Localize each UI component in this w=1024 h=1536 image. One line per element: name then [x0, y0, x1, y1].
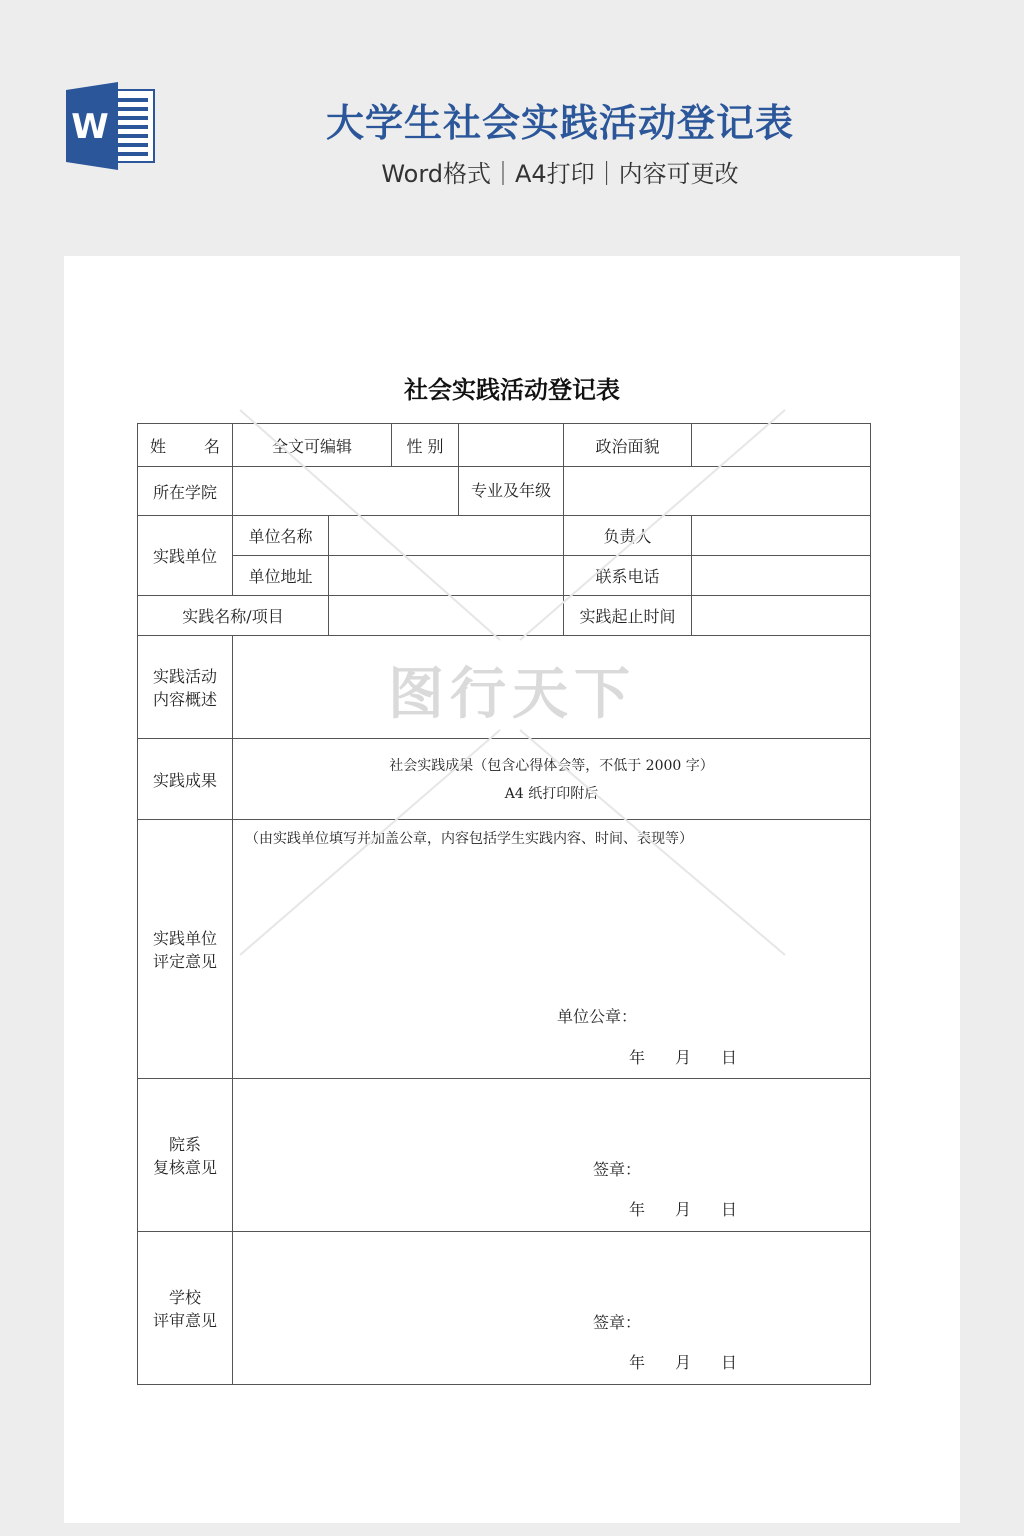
school-review-date: 年月日: [629, 1350, 767, 1373]
unit-label: 实践单位: [138, 516, 233, 596]
project-label: 实践名称/项目: [138, 596, 329, 636]
page-title: 大学生社会实践活动登记表: [300, 92, 820, 147]
name-field[interactable]: 全文可编辑: [233, 424, 392, 467]
unit-address-label: 单位地址: [233, 556, 329, 596]
school-review-field[interactable]: 签章： 年月日: [233, 1232, 871, 1385]
period-field[interactable]: [692, 596, 871, 636]
college-field[interactable]: [233, 467, 459, 516]
registration-form-table: 姓名 全文可编辑 性 别 政治面貌 所在学院 专业及年级 实践单位 单位名称 负…: [137, 423, 871, 1385]
document-title: 社会实践活动登记表: [0, 370, 1024, 405]
unit-eval-date: 年月日: [629, 1045, 767, 1068]
gender-label: 性 别: [392, 424, 459, 467]
period-label: 实践起止时间: [564, 596, 692, 636]
political-label: 政治面貌: [564, 424, 692, 467]
gender-field[interactable]: [459, 424, 564, 467]
phone-label: 联系电话: [564, 556, 692, 596]
college-label: 所在学院: [138, 467, 233, 516]
phone-field[interactable]: [692, 556, 871, 596]
unit-seal-label: 单位公章：: [557, 1004, 637, 1027]
dept-seal-label: 签章：: [593, 1157, 641, 1180]
name-label: 姓名: [138, 424, 233, 467]
leader-field[interactable]: [692, 516, 871, 556]
summary-label: 实践活动内容概述: [138, 636, 233, 739]
project-field[interactable]: [329, 596, 564, 636]
unit-eval-label: 实践单位评定意见: [138, 820, 233, 1079]
unit-name-label: 单位名称: [233, 516, 329, 556]
major-field[interactable]: [564, 467, 871, 516]
school-review-label: 学校评审意见: [138, 1232, 233, 1385]
political-field[interactable]: [692, 424, 871, 467]
results-field[interactable]: 社会实践成果（包含心得体会等，不低于 2000 字） A4 纸打印附后: [233, 739, 871, 820]
school-seal-label: 签章：: [593, 1310, 641, 1333]
major-label: 专业及年级: [459, 467, 564, 516]
unit-name-field[interactable]: [329, 516, 564, 556]
unit-eval-field[interactable]: （由实践单位填写并加盖公章，内容包括学生实践内容、时间、表现等） 单位公章： 年…: [233, 820, 871, 1079]
watermark: 图行天下: [388, 650, 636, 730]
dept-review-date: 年月日: [629, 1197, 767, 1220]
word-icon: W: [66, 82, 156, 170]
svg-text:W: W: [71, 107, 109, 147]
leader-label: 负责人: [564, 516, 692, 556]
results-label: 实践成果: [138, 739, 233, 820]
dept-review-field[interactable]: 签章： 年月日: [233, 1079, 871, 1232]
results-note-print: A4 纸打印附后: [233, 783, 870, 803]
page-subtitle: Word格式｜A4打印｜内容可更改: [300, 154, 820, 189]
unit-eval-note: （由实践单位填写并加盖公章，内容包括学生实践内容、时间、表现等）: [245, 828, 693, 848]
results-note: 社会实践成果（包含心得体会等，不低于 2000 字）: [233, 755, 870, 775]
dept-review-label: 院系复核意见: [138, 1079, 233, 1232]
unit-address-field[interactable]: [329, 556, 564, 596]
